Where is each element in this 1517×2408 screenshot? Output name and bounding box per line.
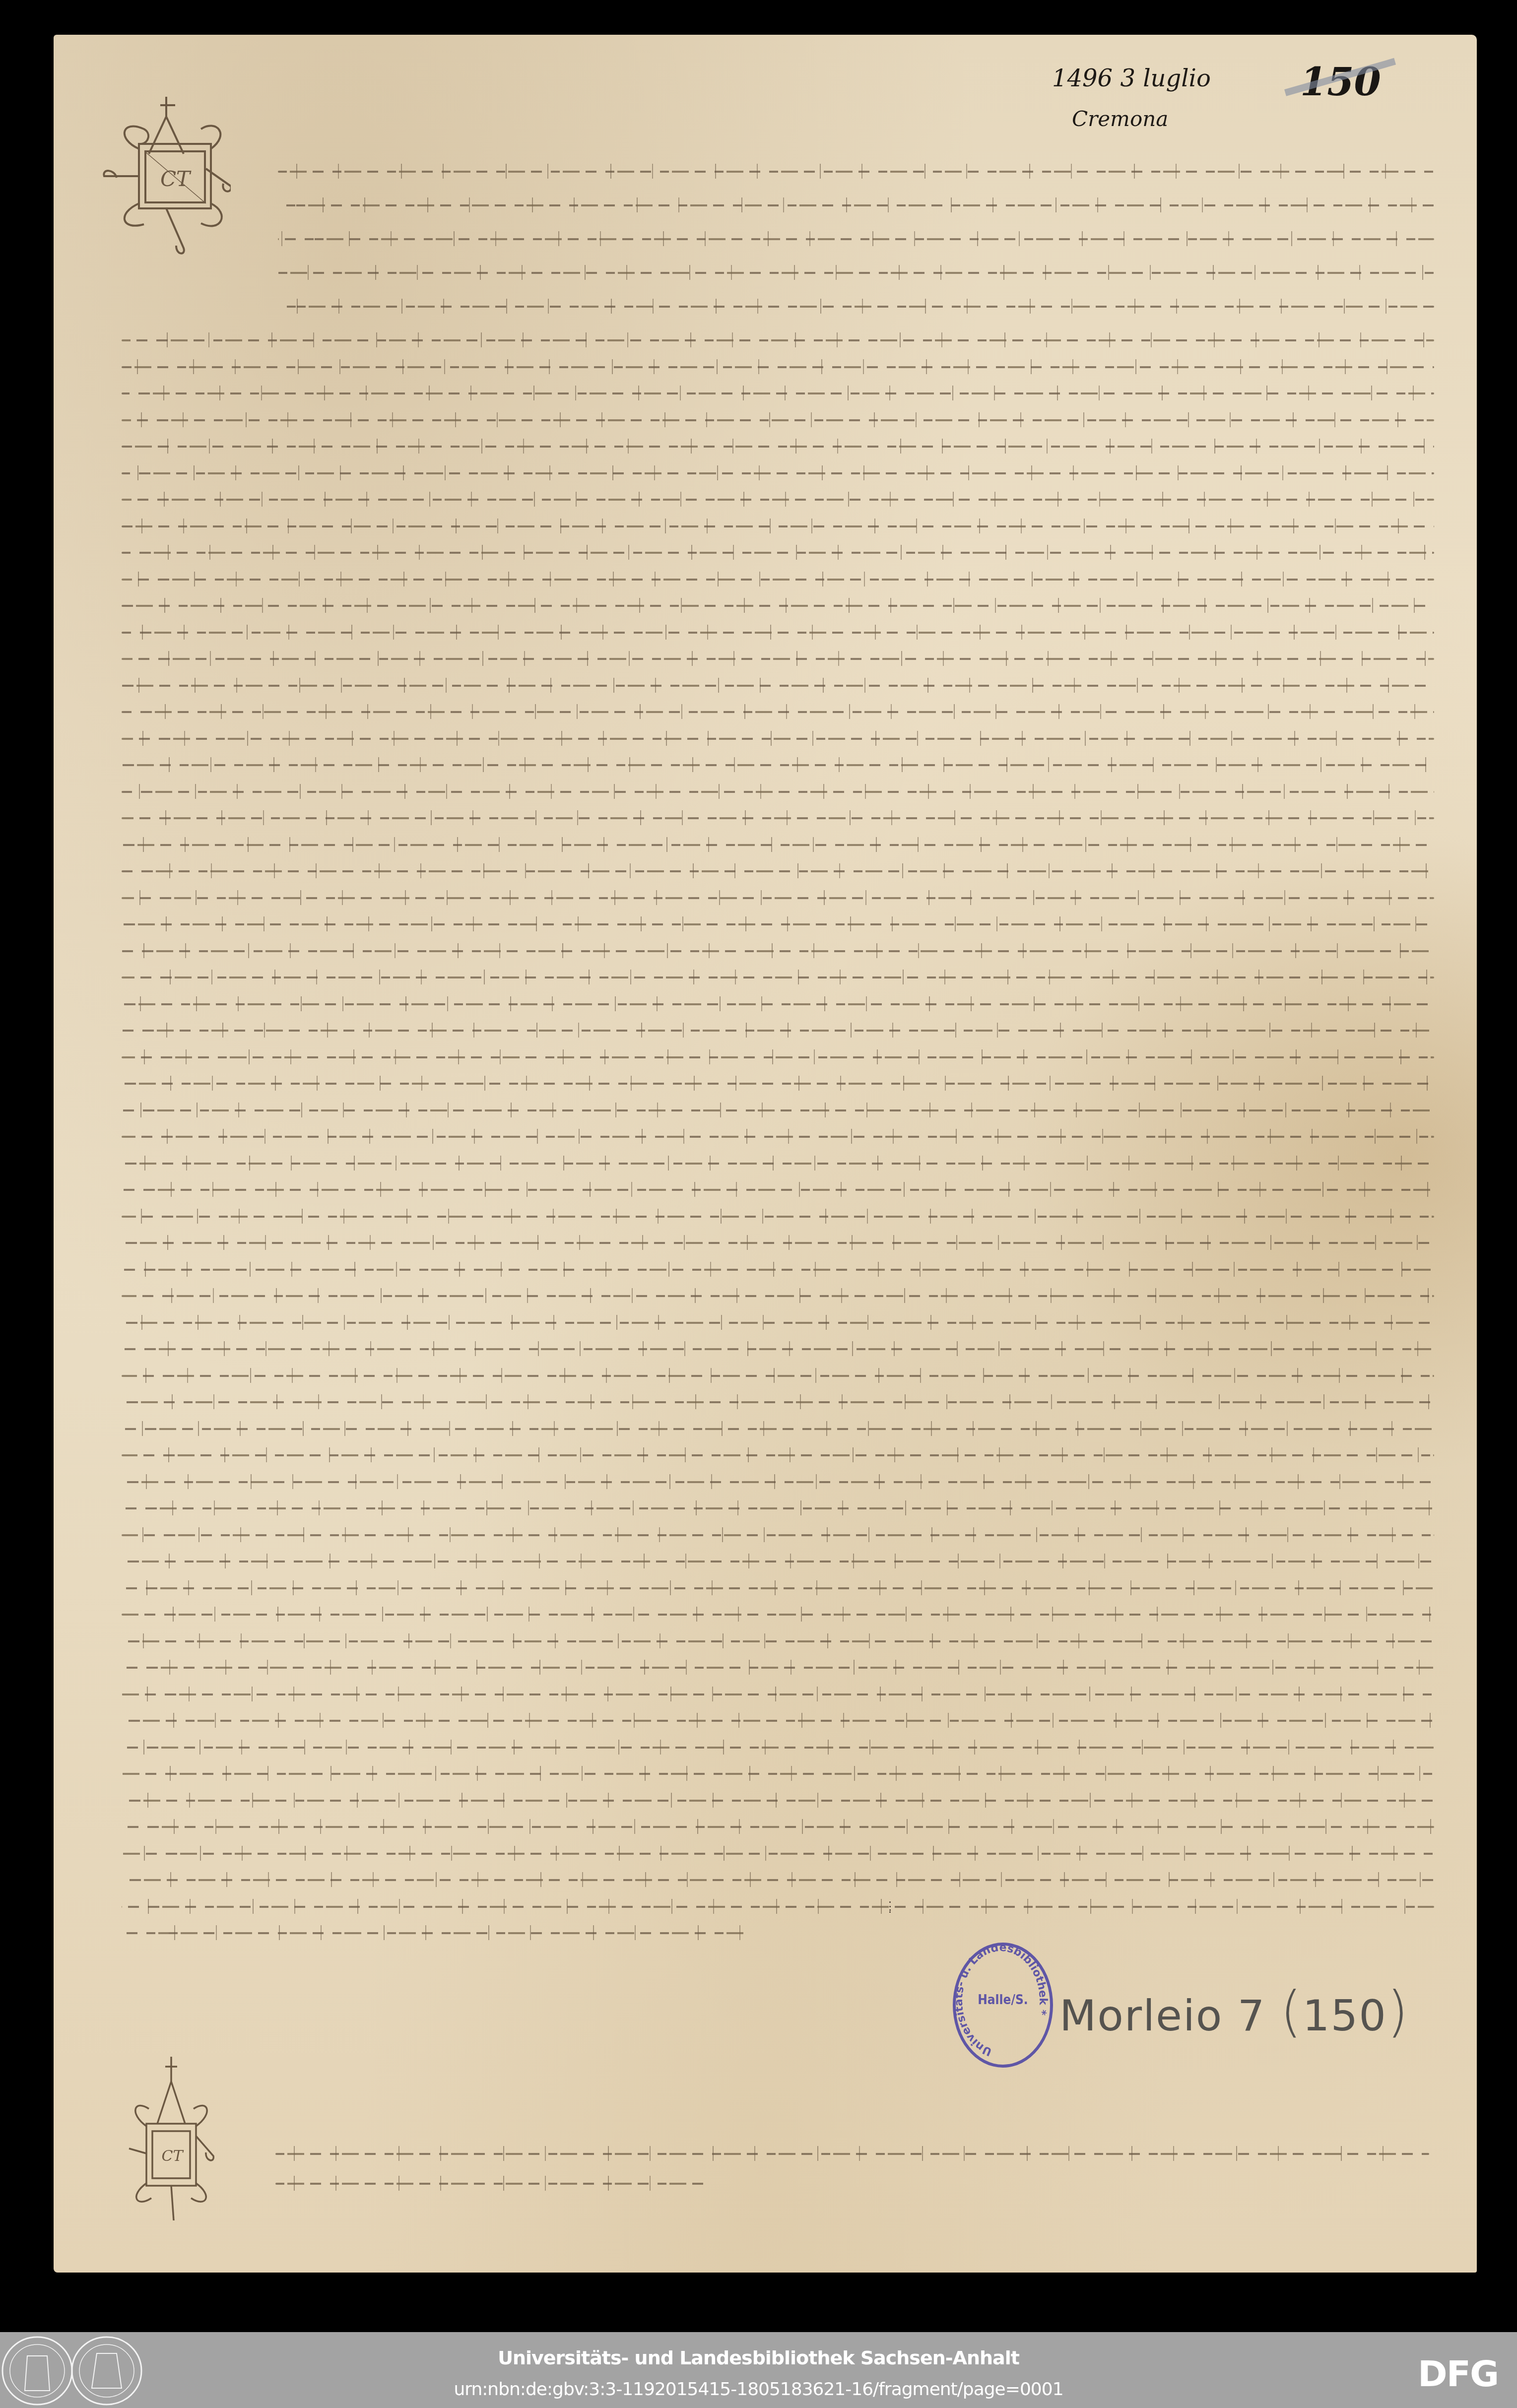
script-line (122, 386, 1434, 400)
script-line (122, 332, 1434, 347)
script-line (122, 943, 1434, 958)
svg-text:CT: CT (162, 2148, 184, 2165)
script-line (278, 164, 1434, 179)
shelfmark-text: Morleio 7 (1059, 1991, 1266, 2041)
script-line (122, 545, 1434, 560)
script-line (122, 1713, 1434, 1728)
closing-mark: ·:· (888, 1900, 892, 1915)
script-line (122, 1368, 1434, 1383)
script-line (122, 492, 1434, 507)
script-line (122, 1421, 1434, 1436)
script-line (122, 439, 1434, 454)
notarial-sign-icon: CT (127, 2054, 216, 2223)
script-line (122, 1023, 1434, 1038)
notarial-sign-bottom: CT (127, 2054, 216, 2223)
script-line (122, 916, 1434, 931)
script-line (122, 465, 1434, 480)
script-line (122, 1793, 1434, 1808)
script-line (122, 572, 1434, 586)
script-line (278, 299, 1434, 314)
notarial-sign-top: CT (102, 94, 231, 258)
script-line (122, 1288, 1434, 1303)
institution-name: Universitäts- und Landesbibliothek Sachs… (0, 2347, 1517, 2369)
script-line (122, 1500, 1434, 1515)
annotation-place: Cremona (1072, 107, 1168, 131)
script-line (122, 1766, 1434, 1781)
script-line (122, 837, 1434, 852)
script-line (122, 1049, 1434, 1064)
shelfmark: Morleio 7 (150) (1059, 1980, 1409, 2043)
script-line (122, 810, 1434, 825)
script-line (122, 1156, 1434, 1171)
annotation-date: 1496 3 luglio (1052, 65, 1211, 92)
script-line (278, 197, 1434, 212)
script-line (122, 598, 1434, 613)
stamp-center-text: Halle/S. (956, 1993, 1050, 2008)
script-line (122, 1740, 1434, 1755)
script-line (122, 1129, 1434, 1144)
script-line (122, 970, 1434, 984)
script-line (122, 890, 1434, 905)
script-line (122, 1447, 1434, 1462)
script-line (122, 1182, 1434, 1197)
script-line (122, 757, 1434, 772)
script-line (278, 265, 1434, 280)
script-line (122, 1474, 1434, 1489)
urn-identifier[interactable]: urn:nbn:de:gbv:3:3-1192015415-1805183621… (0, 2379, 1517, 2400)
script-line (122, 412, 1434, 427)
script-line (122, 625, 1434, 640)
script-line (122, 1580, 1434, 1595)
script-line (122, 1209, 1434, 1224)
script-line (122, 1262, 1434, 1277)
dfg-logo: DFG (1418, 2353, 1498, 2395)
script-line (122, 1899, 1434, 1914)
script-line (122, 1872, 1434, 1887)
script-line (122, 519, 1434, 533)
script-line (122, 1394, 1434, 1409)
script-line (122, 731, 1434, 746)
subscription-line (275, 2176, 710, 2191)
script-line (122, 678, 1434, 693)
script-line (122, 1846, 1434, 1861)
library-stamp: Universitäts- u. Landesbibliothek * Hall… (953, 1943, 1053, 2068)
script-line (122, 359, 1434, 374)
script-line (122, 1341, 1434, 1356)
subscription-line (275, 2146, 1429, 2161)
shelfmark-number: 150 (1303, 1991, 1387, 2041)
script-line (122, 1103, 1434, 1117)
script-line (122, 1235, 1434, 1250)
script-line (122, 1527, 1434, 1542)
script-line (278, 231, 1434, 246)
script-line (122, 1607, 1434, 1622)
script-line (122, 1925, 744, 1940)
script-line (122, 1660, 1434, 1675)
script-line (122, 1315, 1434, 1330)
script-line (122, 784, 1434, 799)
script-line (122, 996, 1434, 1011)
script-line (122, 704, 1434, 719)
script-line (122, 1687, 1434, 1701)
repository-footer: Universitäts- und Landesbibliothek Sachs… (0, 2332, 1517, 2408)
notarial-sign-icon: CT (102, 94, 231, 258)
script-line (122, 1633, 1434, 1648)
script-line (122, 1819, 1434, 1834)
script-line (122, 1076, 1434, 1091)
svg-text:CT: CT (160, 167, 192, 191)
script-line (122, 1554, 1434, 1568)
image-viewer: CT ·:· CT 1496 3 luglio Cremona (0, 0, 1517, 2332)
script-line (122, 651, 1434, 666)
script-line (122, 863, 1434, 878)
